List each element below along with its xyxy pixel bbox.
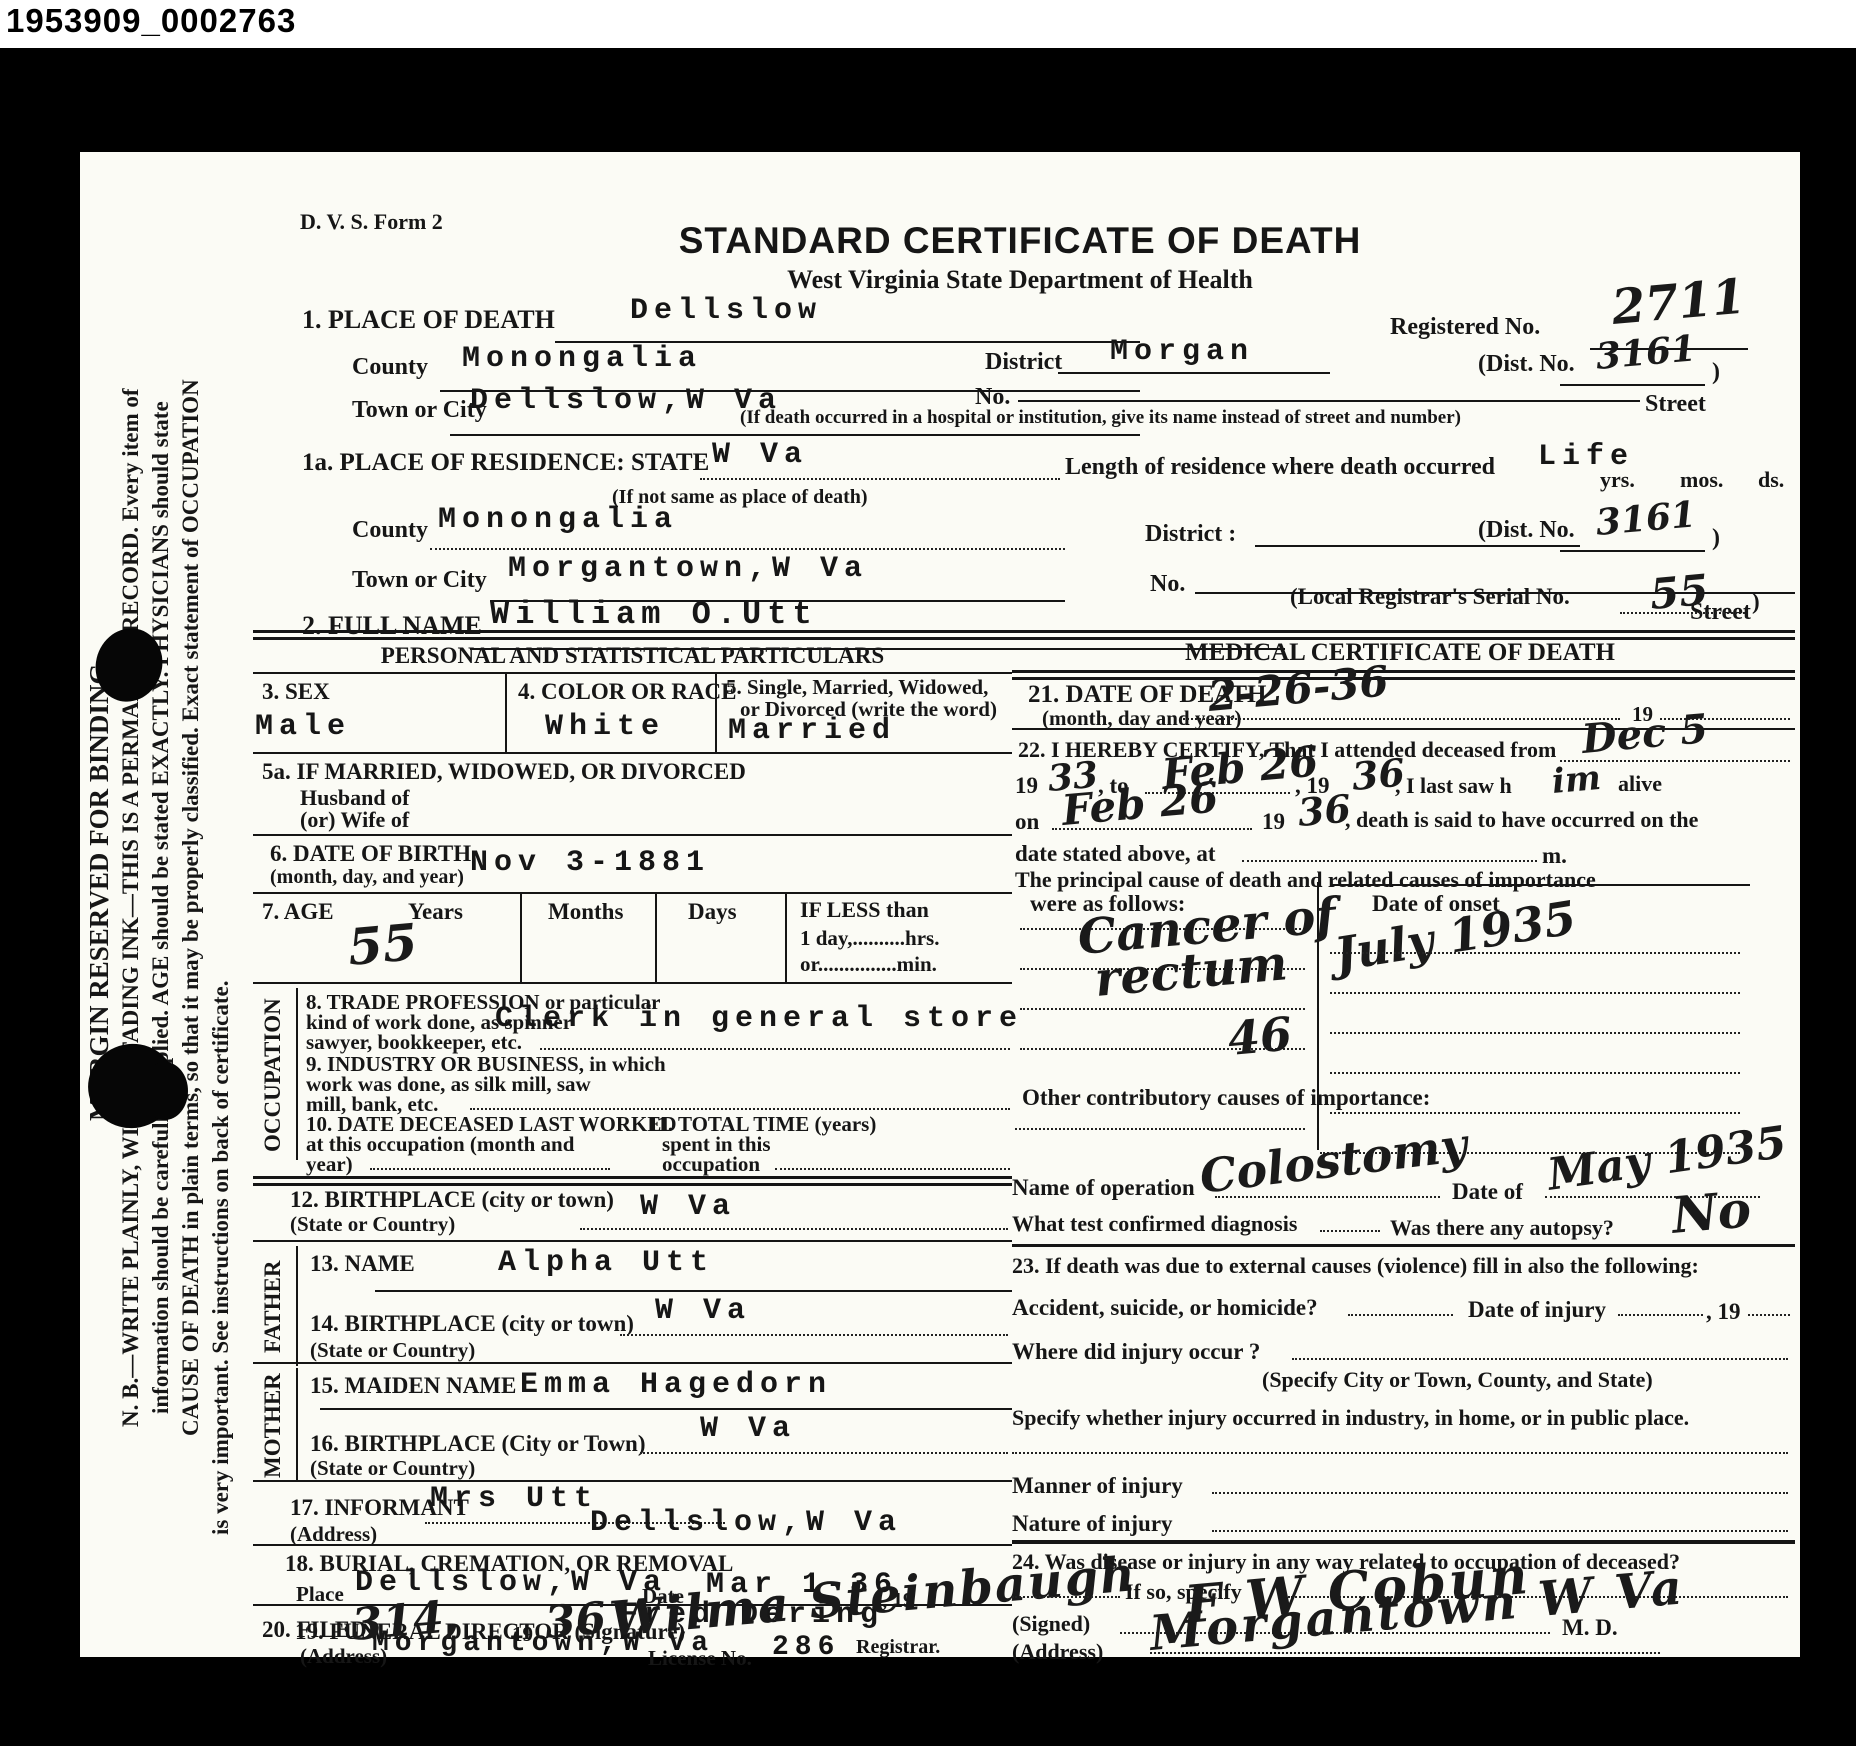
rule — [253, 834, 1012, 836]
rule — [253, 1240, 1012, 1242]
dotted-line — [370, 1168, 610, 1170]
birthplace-label-2: (State or Country) — [290, 1212, 455, 1237]
residence-state-value: W Va — [712, 438, 808, 472]
certify-alive: alive — [1618, 772, 1662, 795]
residence-district-label: District : — [1145, 522, 1236, 547]
dotted-line — [1330, 992, 1740, 994]
cell-divider — [520, 892, 522, 982]
specify-industry-label: Specify whether injury occurred in indus… — [1012, 1406, 1689, 1429]
ds-label: ds. — [1758, 468, 1784, 491]
operation-date-label: Date of — [1452, 1180, 1523, 1204]
cell-divider — [505, 672, 507, 752]
dotted-line — [1212, 1492, 1788, 1494]
county-value: Monongalia — [462, 342, 702, 376]
birthplace-label-1: 12. BIRTHPLACE (city or town) — [290, 1188, 614, 1212]
external-causes-label: 23. If death was due to external causes … — [1012, 1254, 1699, 1277]
occupation-group-label: OCCUPATION — [260, 990, 286, 1160]
date-of-birth-label: 6. DATE OF BIRTH — [270, 842, 471, 866]
scan-id-label: 1953909_0002763 — [6, 2, 296, 40]
mother-birthplace-label-1: 16. BIRTHPLACE (City or Town) — [310, 1432, 646, 1456]
dotted-line — [640, 1452, 1008, 1454]
certify-on: on — [1015, 810, 1039, 834]
scan-id-bar: 1953909_0002763 — [0, 0, 1856, 48]
residence-county-label: County — [352, 518, 428, 543]
husband-of-label: Husband of — [300, 786, 409, 809]
section-separator — [253, 1176, 1012, 1186]
scanned-death-certificate: 1953909_0002763 MARGIN RESERVED FOR BIND… — [0, 0, 1856, 1746]
dotted-line — [1330, 1032, 1740, 1034]
street-label: Street — [1645, 392, 1706, 417]
where-injury-label: Where did injury occur ? — [1012, 1340, 1260, 1364]
father-birthplace-label-2: (State or Country) — [310, 1338, 475, 1363]
full-name-value: William O.Utt — [490, 596, 818, 633]
filed-year-prefix: 19 — [512, 1622, 533, 1647]
form-number: D. V. S. Form 2 — [300, 210, 443, 233]
residence-label: 1a. PLACE OF RESIDENCE: STATE — [302, 450, 709, 476]
dotted-line — [1215, 1196, 1440, 1198]
certify-last-saw: , I last saw h — [1395, 774, 1512, 797]
license-no-value: 286 — [772, 1632, 840, 1663]
dotted-line — [540, 1048, 1010, 1050]
certify-19c: 19 — [1262, 810, 1285, 834]
rule — [1330, 884, 1750, 886]
residence-town-label: Town or City — [352, 568, 487, 593]
cell-divider — [785, 892, 787, 982]
total-time-label-3: occupation — [662, 1152, 760, 1177]
town-label: Town or City — [352, 398, 487, 423]
certify-occurred: , death is said to have occurred on the — [1345, 808, 1698, 831]
informant-value: Mrs Utt — [430, 1482, 598, 1516]
father-name-label: 13. NAME — [310, 1252, 415, 1276]
place-of-death-label: 1. PLACE OF DEATH — [302, 306, 555, 333]
county-label: County — [352, 355, 428, 380]
rule — [1012, 1244, 1795, 1247]
mother-birthplace-label-2: (State or Country) — [310, 1456, 475, 1481]
dotted-line — [1052, 828, 1252, 830]
certify-19a: 19 — [1015, 774, 1038, 798]
cell-divider — [655, 892, 657, 982]
form-title: STANDARD CERTIFICATE OF DEATH — [620, 220, 1420, 262]
contributory-label: Other contributory causes of importance: — [1022, 1086, 1430, 1110]
rule — [1255, 545, 1580, 547]
mother-group-label: MOTHER — [260, 1370, 286, 1482]
father-birthplace-label-1: 14. BIRTHPLACE (city or town) — [310, 1312, 634, 1336]
operation-label: Name of operation — [1012, 1176, 1195, 1200]
rule — [253, 1362, 1012, 1364]
injury-year-label: , 19 — [1706, 1300, 1741, 1324]
right-column-header: MEDICAL CERTIFICATE OF DEATH — [1100, 640, 1700, 666]
residence-town-value: Morgantown,W Va — [508, 552, 868, 586]
specify-city-label: (Specify City or Town, County, and State… — [1262, 1368, 1653, 1391]
father-group-line — [296, 1246, 298, 1366]
serial-no-close: ) — [1752, 590, 1760, 614]
age-days-label: Days — [688, 900, 737, 924]
form-left-border — [253, 168, 256, 1654]
wife-of-label: (or) Wife of — [300, 808, 409, 831]
dotted-line — [620, 1334, 1008, 1336]
residence-county-value: Monongalia — [438, 503, 678, 537]
dotted-line — [430, 548, 1065, 550]
dotted-line — [580, 1228, 1008, 1230]
rule — [253, 672, 1012, 674]
sex-label: 3. SEX — [262, 680, 330, 704]
margin-note-4: is very important. See instructions on b… — [208, 870, 234, 1645]
serial-no-value: 55 — [1648, 565, 1711, 619]
dotted-line — [1620, 612, 1745, 614]
yrs-label: yrs. — [1600, 468, 1635, 491]
certify-m-label: m. — [1542, 844, 1567, 868]
residence-dist-no-close: ) — [1712, 526, 1720, 551]
hospital-note: (If death occurred in a hospital or inst… — [740, 407, 1461, 429]
mother-maiden-name-value: Emma Hagedorn — [520, 1368, 832, 1402]
dotted-line — [1292, 1358, 1788, 1360]
certify-date-stated: date stated above, at — [1015, 842, 1216, 866]
nature-of-injury-label: Nature of injury — [1012, 1512, 1173, 1536]
form-subtitle: West Virginia State Department of Health — [620, 266, 1420, 293]
rule — [253, 752, 1012, 754]
rule — [450, 434, 1140, 436]
district-label: District — [985, 350, 1062, 375]
dotted-line — [775, 1168, 1010, 1170]
if-less-label-1: IF LESS than — [800, 898, 929, 921]
mother-group-line — [296, 1368, 298, 1482]
ink-blot — [142, 1062, 188, 1120]
color-race-label: 4. COLOR OR RACE — [518, 680, 737, 704]
age-label: 7. AGE — [262, 900, 334, 924]
dotted-line — [1180, 718, 1620, 720]
mother-maiden-name-label: 15. MAIDEN NAME — [310, 1374, 516, 1398]
residence-no-label: No. — [1150, 572, 1185, 597]
place-of-death-value: Dellslow — [630, 294, 822, 328]
rule — [253, 1480, 1012, 1482]
if-less-label-3: or...............min. — [800, 952, 937, 977]
dotted-line — [1330, 1112, 1740, 1114]
dotted-line — [1618, 1314, 1703, 1316]
trade-profession-value: Clerk in general store — [495, 1002, 1023, 1036]
serial-no-label: (Local Registrar's Serial No. — [1290, 585, 1570, 609]
residence-dist-no-value: 3161 — [1594, 493, 1697, 544]
margin-note-3: CAUSE OF DEATH in plain terms, so that i… — [178, 175, 204, 1640]
last-worked-label-3: year) — [306, 1152, 353, 1177]
father-name-value: Alpha Utt — [498, 1246, 714, 1280]
birthplace-value: W Va — [640, 1190, 736, 1224]
injury-date-label: Date of injury — [1468, 1298, 1606, 1322]
section-separator — [1012, 670, 1795, 680]
sex-value: Male — [255, 710, 351, 744]
left-column-header: PERSONAL AND STATISTICAL PARTICULARS — [253, 644, 1012, 668]
district-value: Morgan — [1110, 335, 1254, 369]
principal-cause-label: The principal cause of death and related… — [1015, 868, 1596, 891]
rule — [1012, 1540, 1795, 1544]
license-no-label: License No. — [648, 1646, 752, 1671]
dotted-line — [1320, 1230, 1380, 1232]
cause-code-value: 46 — [1226, 1007, 1294, 1066]
rule — [1058, 372, 1330, 374]
accident-label: Accident, suicide, or homicide? — [1012, 1296, 1318, 1320]
rule — [1560, 384, 1705, 386]
residence-dist-no-label: (Dist. No. — [1478, 518, 1575, 543]
rule — [1560, 550, 1705, 552]
rule — [253, 982, 1012, 984]
length-of-residence-label: Length of residence where death occurred — [1065, 455, 1495, 480]
color-race-value: White — [545, 710, 665, 744]
dotted-line — [470, 1108, 1010, 1110]
manner-of-injury-label: Manner of injury — [1012, 1474, 1183, 1498]
filed-date-value: 314, — [350, 1591, 461, 1651]
registered-no-value: 2711 — [1610, 268, 1748, 335]
informant-address-value: Dellslow,W Va — [590, 1506, 902, 1540]
dotted-line — [1348, 1314, 1453, 1316]
mos-label: mos. — [1680, 468, 1723, 491]
rule — [253, 892, 1012, 894]
dist-no-label: (Dist. No. — [1478, 352, 1575, 377]
father-group-label: FATHER — [260, 1248, 286, 1366]
margin-note-1: N. B.—WRITE PLAINLY, WITH UNFADING INK—T… — [118, 175, 144, 1640]
autopsy-label: Was there any autopsy? — [1390, 1216, 1614, 1239]
test-confirmed-label: What test confirmed diagnosis — [1012, 1212, 1297, 1235]
dotted-line — [1212, 1530, 1788, 1532]
registered-no-label: Registered No. — [1390, 315, 1540, 340]
dotted-line — [1748, 1314, 1790, 1316]
autopsy-value: No — [1669, 1179, 1753, 1245]
margin-note-2: information should be carefully supplied… — [148, 175, 174, 1640]
signed-label: (Signed) — [1012, 1612, 1090, 1635]
dist-no-value: 3161 — [1594, 327, 1697, 378]
cell-divider — [715, 672, 717, 752]
occupation-group-line — [296, 988, 298, 1160]
margin-binding-text: MARGIN RESERVED FOR BINDING — [84, 520, 115, 1265]
age-months-label: Months — [548, 900, 623, 924]
age-value: 55 — [345, 912, 419, 977]
certify-him-scribble: im — [1550, 758, 1602, 802]
dist-no-close: ) — [1712, 360, 1720, 385]
if-married-label: 5a. IF MARRIED, WIDOWED, OR DIVORCED — [262, 760, 746, 784]
mother-birthplace-value: W Va — [700, 1412, 796, 1446]
dotted-line — [1015, 1128, 1305, 1130]
rule — [375, 1290, 1012, 1292]
town-value: Dellslow,W Va — [470, 384, 782, 418]
rule — [320, 1408, 1012, 1410]
dotted-line — [1330, 952, 1740, 954]
registrar-label: Registrar. — [856, 1636, 940, 1659]
marital-label-1: 5. Single, Married, Widowed, — [726, 676, 988, 698]
marital-value: Married — [728, 714, 896, 748]
filed-year-value: 36 — [543, 1593, 608, 1649]
rule — [1018, 400, 1640, 402]
age-years-label: Years — [408, 900, 463, 924]
dotted-line — [1012, 1596, 1120, 1598]
physician-address-label: (Address) — [1012, 1640, 1103, 1663]
dotted-line — [700, 478, 1060, 480]
date-of-birth-sub: (month, day, and year) — [270, 866, 464, 889]
father-birthplace-value: W Va — [655, 1294, 751, 1328]
dotted-line — [1012, 1452, 1788, 1454]
dotted-line — [1330, 1072, 1740, 1074]
rule — [253, 1544, 1012, 1546]
if-less-label-2: 1 day,..........hrs. — [800, 926, 939, 951]
dotted-line — [1242, 860, 1537, 862]
dotted-line — [1150, 1652, 1660, 1654]
date-of-birth-value: Nov 3-1881 — [470, 846, 710, 880]
